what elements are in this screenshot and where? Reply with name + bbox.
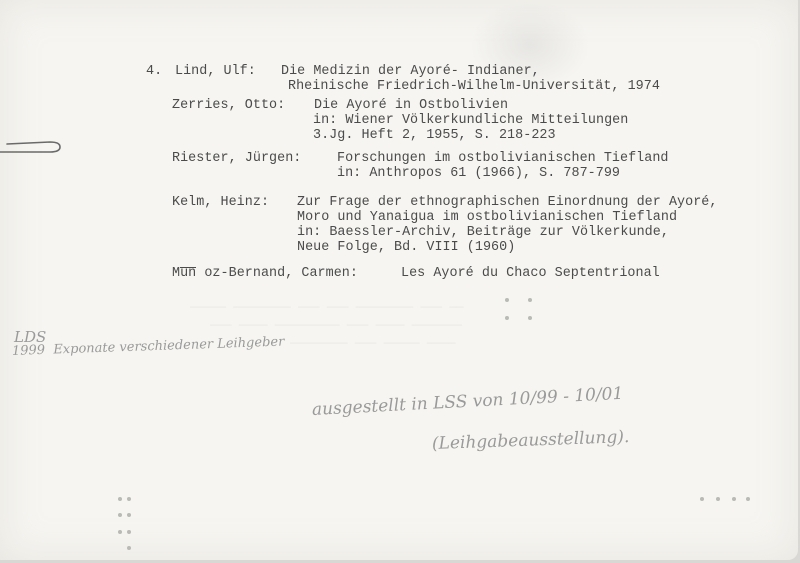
reference-line: in: Baessler-Archiv, Beiträge zur Völker… [297,225,669,241]
reference-line: Les Ayoré du Chaco Septentrional [401,266,660,282]
struck-initial: Mun [172,266,196,281]
paper-speck [118,530,122,534]
paper-speck [505,316,509,320]
bleed-through-text: ———— ————— ——— ———————— [290,336,456,350]
reference-line: 3.Jg. Heft 2, 1955, S. 218-223 [313,128,556,144]
reference-line: Moro und Yanaigua im ostbolivianischen T… [297,210,677,226]
bleed-through-text: —— ——— ———————— ——— ——— ———————— ————— [190,300,464,314]
paper-speck [716,497,720,501]
reference-line: Forschungen im ostbolivianischen Tieflan… [337,151,669,167]
reference-line: Rheinische Friedrich-Wilhelm-Universität… [288,79,660,95]
reference-line: Die Medizin der Ayoré- Indianer, [281,64,540,80]
reference-author: Kelm, Heinz: [172,195,269,211]
reference-line: Die Ayoré in Ostbolivien [314,98,508,114]
paper-speck [127,546,131,550]
paper-speck [732,497,736,501]
paper-speck [118,497,122,501]
index-card: —— ——— ———————— ——— ——— ———————— ————— —… [0,0,798,560]
handwritten-note-type: (Leihgabeausstellung). [432,427,630,454]
reference-line: Neue Folge, Bd. VIII (1960) [297,240,515,256]
entry-number: 4. [146,64,162,80]
paper-speck [700,497,704,501]
paper-speck [118,513,122,517]
paperclip-icon [0,140,68,154]
reference-line: in: Wiener Völkerkundliche Mitteilungen [313,113,628,129]
paper-speck [528,316,532,320]
reference-line: Zur Frage der ethnographischen Einordnun… [297,195,717,211]
reference-author: Mun oz-Bernand, Carmen: [172,266,358,282]
paper-speck [127,530,131,534]
reference-author: Riester, Jürgen: [172,151,301,167]
paper-speck [127,513,131,517]
paper-speck [505,298,509,302]
paper-speck [127,497,131,501]
handwritten-note-year: 1999 Exponate verschiedener Leihgeber [12,334,285,358]
bleed-through-text: ——————— ———— ——— ————————— ———— ——— [210,318,462,332]
handwritten-note-exhibition: ausgestellt in LSS von 10/99 - 10/01 [311,384,623,420]
reference-author: Lind, Ulf: [175,64,256,80]
paper-speck [528,298,532,302]
reference-author: Zerries, Otto: [172,98,285,114]
author-rest: oz-Bernand, Carmen: [196,266,358,281]
paper-speck [746,497,750,501]
reference-line: in: Anthropos 61 (1966), S. 787-799 [337,166,620,182]
